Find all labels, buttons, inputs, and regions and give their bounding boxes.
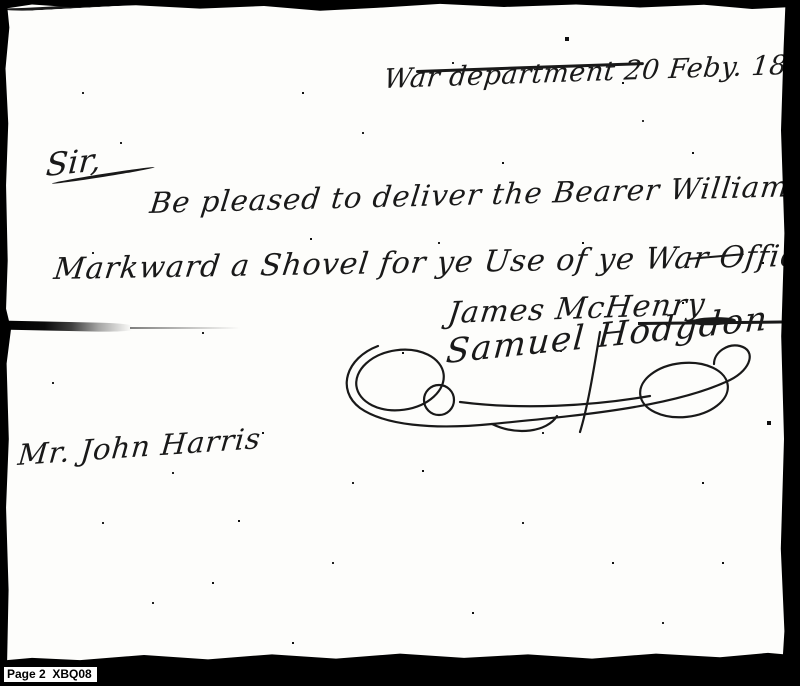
- scan-edge-top: [0, 0, 800, 12]
- page-label: Page 2 XBQ08: [2, 665, 99, 684]
- scan-edge-bottom: [0, 650, 800, 686]
- scan-edge-right: [780, 0, 800, 686]
- scanned-document: War department 20 Feby. 1800. Sir, Be pl…: [0, 0, 800, 686]
- scan-edge-left: [0, 0, 11, 686]
- body-line-1: Be pleased to deliver the Bearer William: [148, 169, 791, 220]
- addressee: Mr. John Harris: [16, 421, 262, 472]
- fold-crease: [4, 321, 139, 333]
- body-line-2: Markward a Shovel for ye Use of ye War O…: [52, 239, 800, 287]
- dateline: War department 20 Feby. 1800.: [382, 48, 800, 95]
- signature-flourish: [342, 328, 762, 446]
- fold-crease-tail: [130, 327, 240, 329]
